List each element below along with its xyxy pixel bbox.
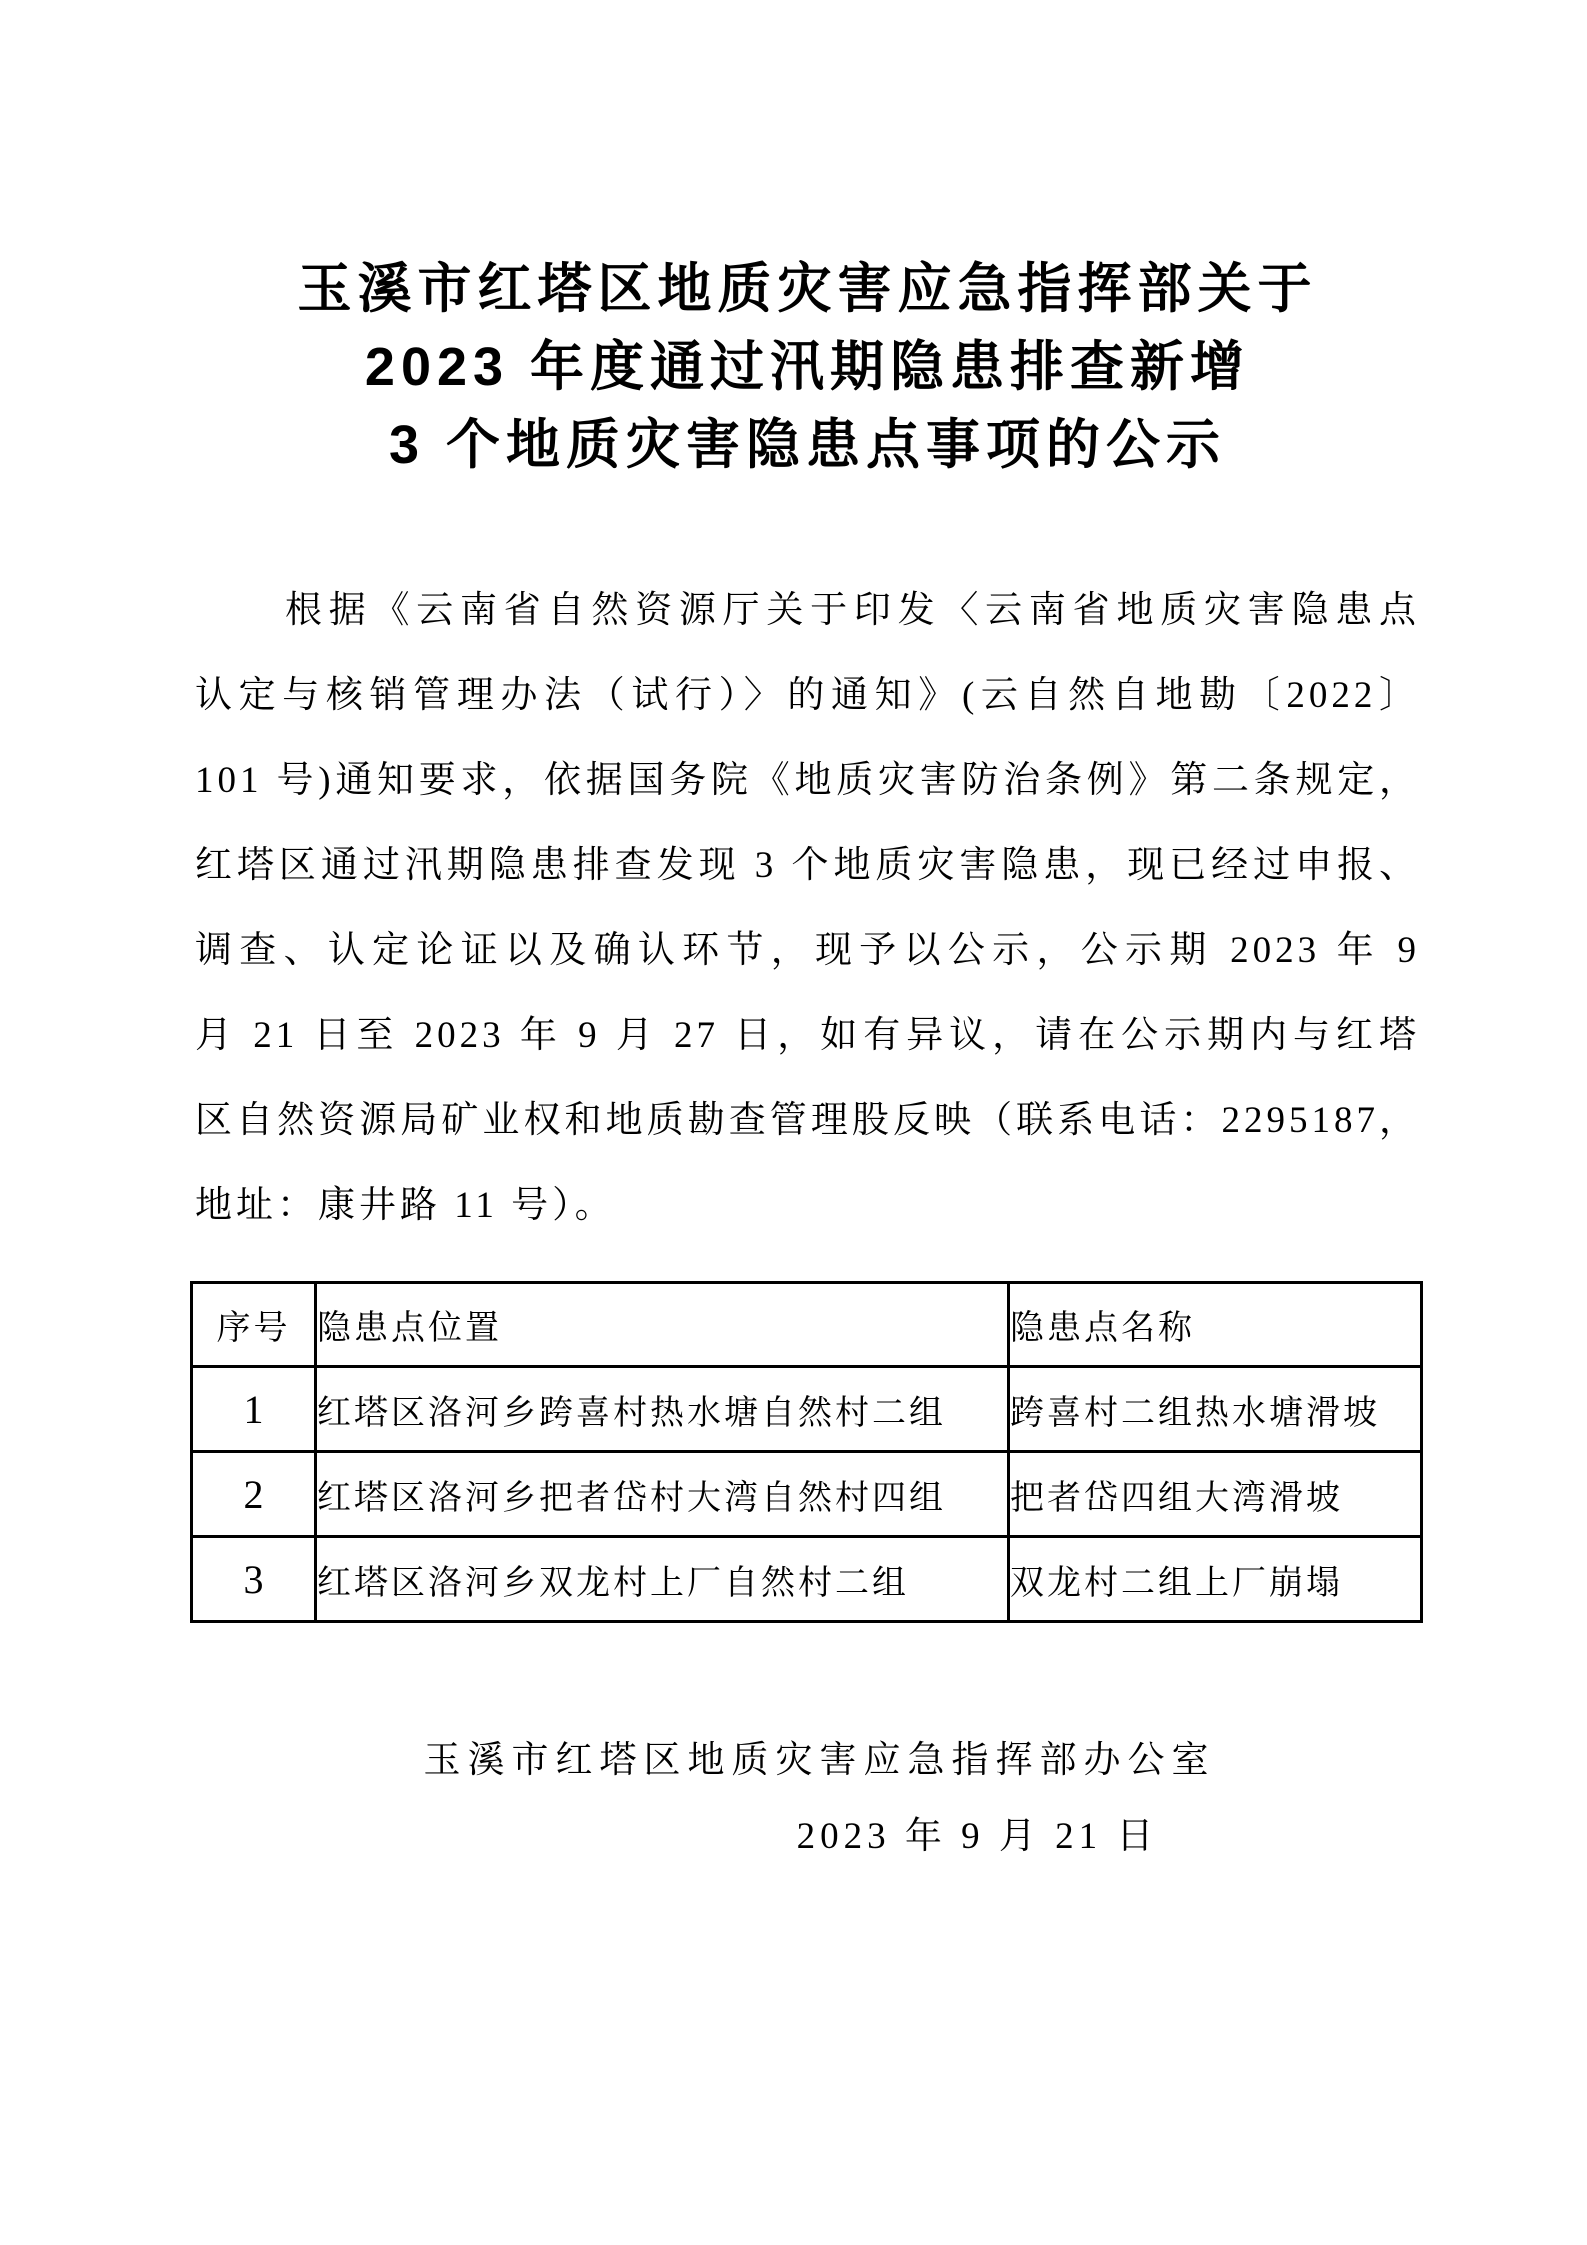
row-2-serial-no: 2	[192, 1452, 316, 1537]
row-2-name: 把者岱四组大湾滑坡	[1009, 1452, 1422, 1537]
table-header-row: 序号 隐患点位置 隐患点名称	[192, 1283, 1422, 1367]
row-1-name: 跨喜村二组热水塘滑坡	[1009, 1367, 1422, 1452]
body-line-3: 101 号)通知要求，依据国务院《地质灾害防治条例》第二条规定，	[195, 738, 1420, 823]
issuing-office-signature: 玉溪市红塔区地质灾害应急指挥部办公室	[207, 1735, 1432, 1787]
body-line-7: 区自然资源局矿业权和地质勘查管理股反映（联系电话：2295187，	[195, 1078, 1420, 1163]
row-3-serial-no: 3	[192, 1537, 316, 1622]
hazard-points-table: 序号 隐患点位置 隐患点名称 1 红塔区洛河乡跨喜村热水塘自然村二组 跨喜村二组…	[190, 1281, 1423, 1623]
body-line-4: 红塔区通过汛期隐患排查发现 3 个地质灾害隐患，现已经过申报、	[195, 823, 1420, 908]
notice-title: 玉溪市红塔区地质灾害应急指挥部关于 2023 年度通过汛期隐患排查新增 3 个地…	[195, 250, 1420, 484]
row-3-name: 双龙村二组上厂崩塌	[1009, 1537, 1422, 1622]
table-row: 1 红塔区洛河乡跨喜村热水塘自然村二组 跨喜村二组热水塘滑坡	[192, 1367, 1422, 1452]
row-1-serial-no: 1	[192, 1367, 316, 1452]
body-line-1: 根据《云南省自然资源厅关于印发〈云南省地质灾害隐患点	[195, 568, 1420, 653]
notice-body-paragraph: 根据《云南省自然资源厅关于印发〈云南省地质灾害隐患点 认定与核销管理办法（试行）…	[195, 568, 1420, 1248]
table-row: 3 红塔区洛河乡双龙村上厂自然村二组 双龙村二组上厂崩塌	[192, 1537, 1422, 1622]
notice-title-line-3: 3 个地质灾害隐患点事项的公示	[195, 406, 1420, 484]
notice-title-line-2: 2023 年度通过汛期隐患排查新增	[195, 328, 1420, 406]
header-cell-serial-no: 序号	[192, 1283, 316, 1367]
row-1-location: 红塔区洛河乡跨喜村热水塘自然村二组	[316, 1367, 1009, 1452]
table-row: 2 红塔区洛河乡把者岱村大湾自然村四组 把者岱四组大湾滑坡	[192, 1452, 1422, 1537]
body-line-5: 调查、认定论证以及确认环节，现予以公示，公示期 2023 年 9	[195, 908, 1420, 993]
body-line-6: 月 21 日至 2023 年 9 月 27 日，如有异议，请在公示期内与红塔	[195, 993, 1420, 1078]
issue-date: 2023 年 9 月 21 日	[365, 1811, 1587, 1863]
body-line-2: 认定与核销管理办法（试行）〉的通知》(云自然自地勘〔2022〕	[195, 653, 1420, 738]
body-line-8: 地址：康井路 11 号）。	[195, 1163, 1420, 1248]
row-3-location: 红塔区洛河乡双龙村上厂自然村二组	[316, 1537, 1009, 1622]
header-cell-location: 隐患点位置	[316, 1283, 1009, 1367]
row-2-location: 红塔区洛河乡把者岱村大湾自然村四组	[316, 1452, 1009, 1537]
header-cell-name: 隐患点名称	[1009, 1283, 1422, 1367]
notice-document-page: 玉溪市红塔区地质灾害应急指挥部关于 2023 年度通过汛期隐患排查新增 3 个地…	[0, 0, 1587, 2245]
notice-title-line-1: 玉溪市红塔区地质灾害应急指挥部关于	[195, 250, 1420, 328]
